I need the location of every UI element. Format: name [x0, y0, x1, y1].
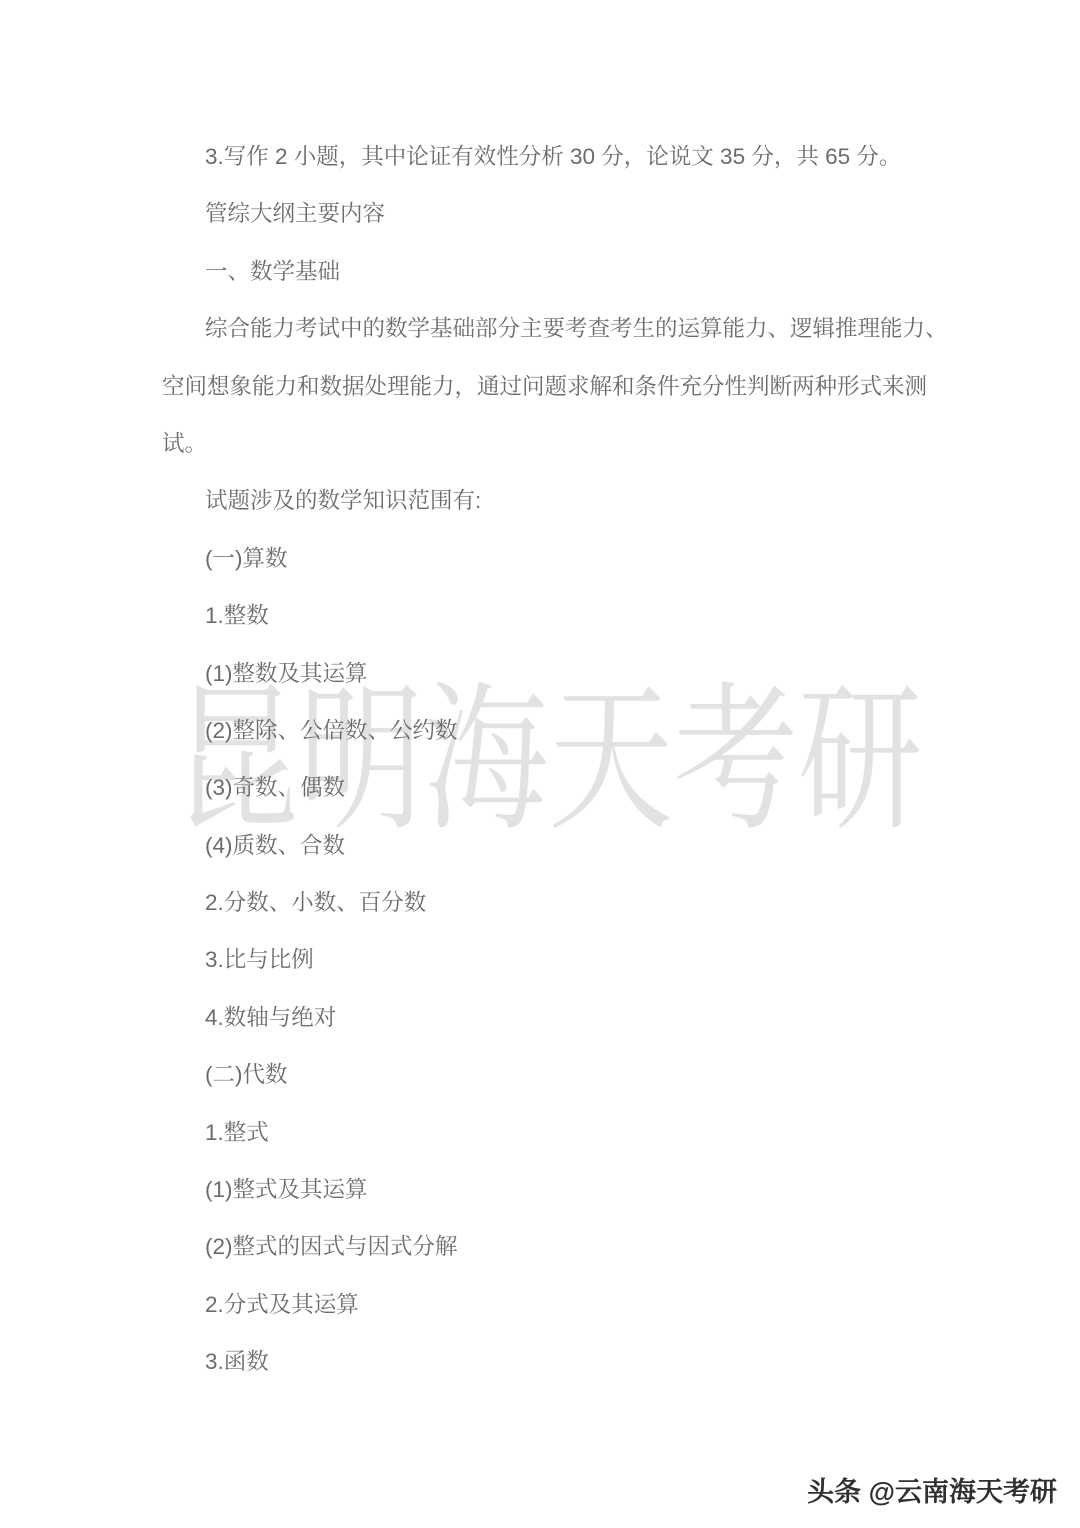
document-line: 2.分数、小数、百分数 — [162, 874, 922, 931]
document-line: 3.函数 — [162, 1333, 922, 1390]
document-line: 管综大纲主要内容 — [162, 185, 922, 242]
document-line: (1)整式及其运算 — [162, 1161, 922, 1218]
document-line: (2)整除、公倍数、公约数 — [162, 702, 922, 759]
document-line: 一、数学基础 — [162, 243, 922, 300]
document-line: (1)整数及其运算 — [162, 645, 922, 702]
document-line: 2.分式及其运算 — [162, 1276, 922, 1333]
document-line: 空间想象能力和数据处理能力，通过问题求解和条件充分性判断两种形式来测 — [162, 358, 922, 415]
document-body: 3.写作 2 小题，其中论证有效性分析 30 分，论说文 35 分，共 65 分… — [162, 128, 922, 1391]
document-line: 4.数轴与绝对 — [162, 989, 922, 1046]
document-line: 3.比与比例 — [162, 931, 922, 988]
document-line: 试。 — [162, 415, 922, 472]
document-page: 昆明海天考研 3.写作 2 小题，其中论证有效性分析 30 分，论说文 35 分… — [0, 0, 1080, 1528]
document-line: 3.写作 2 小题，其中论证有效性分析 30 分，论说文 35 分，共 65 分… — [162, 128, 922, 185]
document-line: (一)算数 — [162, 530, 922, 587]
footer-watermark: 头条 @云南海天考研 — [807, 1470, 1057, 1509]
document-line: 综合能力考试中的数学基础部分主要考查考生的运算能力、逻辑推理能力、 — [162, 300, 922, 357]
document-line: 1.整数 — [162, 587, 922, 644]
document-line: (3)奇数、偶数 — [162, 759, 922, 816]
document-line: (二)代数 — [162, 1046, 922, 1103]
document-line: (4)质数、合数 — [162, 817, 922, 874]
document-line: 1.整式 — [162, 1104, 922, 1161]
document-line: (2)整式的因式与因式分解 — [162, 1218, 922, 1275]
document-line: 试题涉及的数学知识范围有: — [162, 472, 922, 529]
